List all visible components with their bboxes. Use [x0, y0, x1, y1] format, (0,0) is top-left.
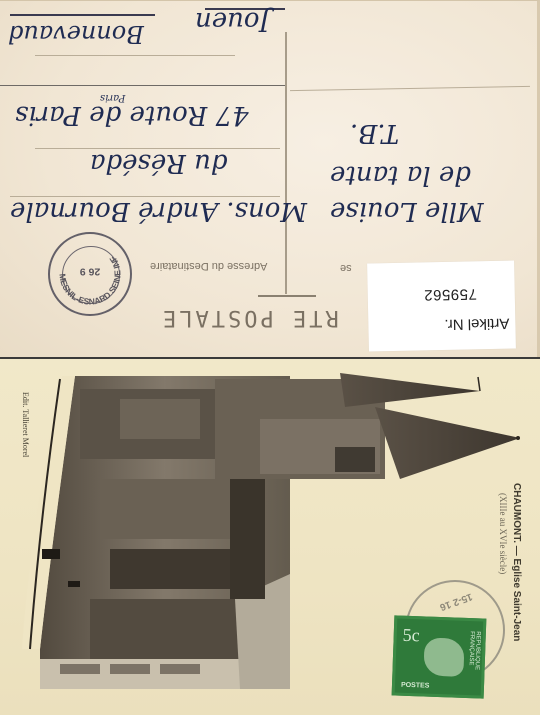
- postmark-circle: MESNIL-ESNARD SEINE INF 26 9: [48, 232, 132, 316]
- handwriting-recipient-line2: du Réséda: [90, 148, 228, 178]
- stamp-value: 5c: [402, 625, 420, 647]
- sower-figure: [423, 637, 464, 676]
- caption-subtitle: (XIIIe au XVIe siècle): [498, 493, 508, 574]
- handwriting-recipient-name: Mons. André Bournale: [10, 196, 307, 226]
- printed-correspondence-label: se: [340, 262, 352, 274]
- postcard-front: CHAUMONT. — Eglise Saint-Jean (XIIIe au …: [0, 359, 540, 715]
- handwriting-recipient-street: 47 Route de Paris: [15, 100, 249, 130]
- svg-text:26 9: 26 9: [80, 265, 101, 276]
- stamp-label: POSTES: [401, 682, 430, 690]
- center-divider: [285, 32, 287, 294]
- front-postmark-text: 15-2 16: [438, 591, 474, 613]
- svg-text:MESNIL-ESNARD SEINE INF: MESNIL-ESNARD SEINE INF: [57, 254, 122, 307]
- address-line: [10, 14, 155, 16]
- handwriting-right-sig: T.B.: [350, 118, 399, 148]
- handwriting-right-line1: Mlle Louise: [330, 196, 484, 226]
- caption-title: CHAUMONT. — Eglise Saint-Jean: [511, 483, 522, 641]
- publisher-credit: Edit. Tallieret Morel: [21, 392, 30, 457]
- article-number: 759562: [424, 285, 477, 303]
- postage-stamp: 5c REPUBLIQUE FRANÇAISE POSTES: [392, 615, 487, 698]
- divider-short: [258, 295, 316, 297]
- handwriting-right-line2: de la tante: [330, 160, 471, 190]
- address-line: [35, 55, 235, 56]
- article-label: Artikel Nr.: [444, 315, 509, 333]
- printed-address-label: Adresse du Destinataire: [150, 260, 267, 272]
- postmark-text: MESNIL-ESNARD SEINE INF 26 9: [50, 234, 130, 314]
- handwriting-recipient-city: Paris: [100, 92, 125, 103]
- printed-title: RTE POSTALE: [160, 305, 339, 330]
- handwriting-sender: Bonnevaud: [8, 20, 144, 48]
- handwriting-city: Jouen: [195, 6, 270, 36]
- stamp-country: REPUBLIQUE FRANÇAISE: [467, 631, 481, 695]
- article-number-sticker: 759562 Artikel Nr.: [367, 260, 516, 351]
- postcard-back: Bonnevaud Jouen 47 Route de Paris Paris …: [0, 0, 540, 359]
- address-line: [0, 85, 285, 86]
